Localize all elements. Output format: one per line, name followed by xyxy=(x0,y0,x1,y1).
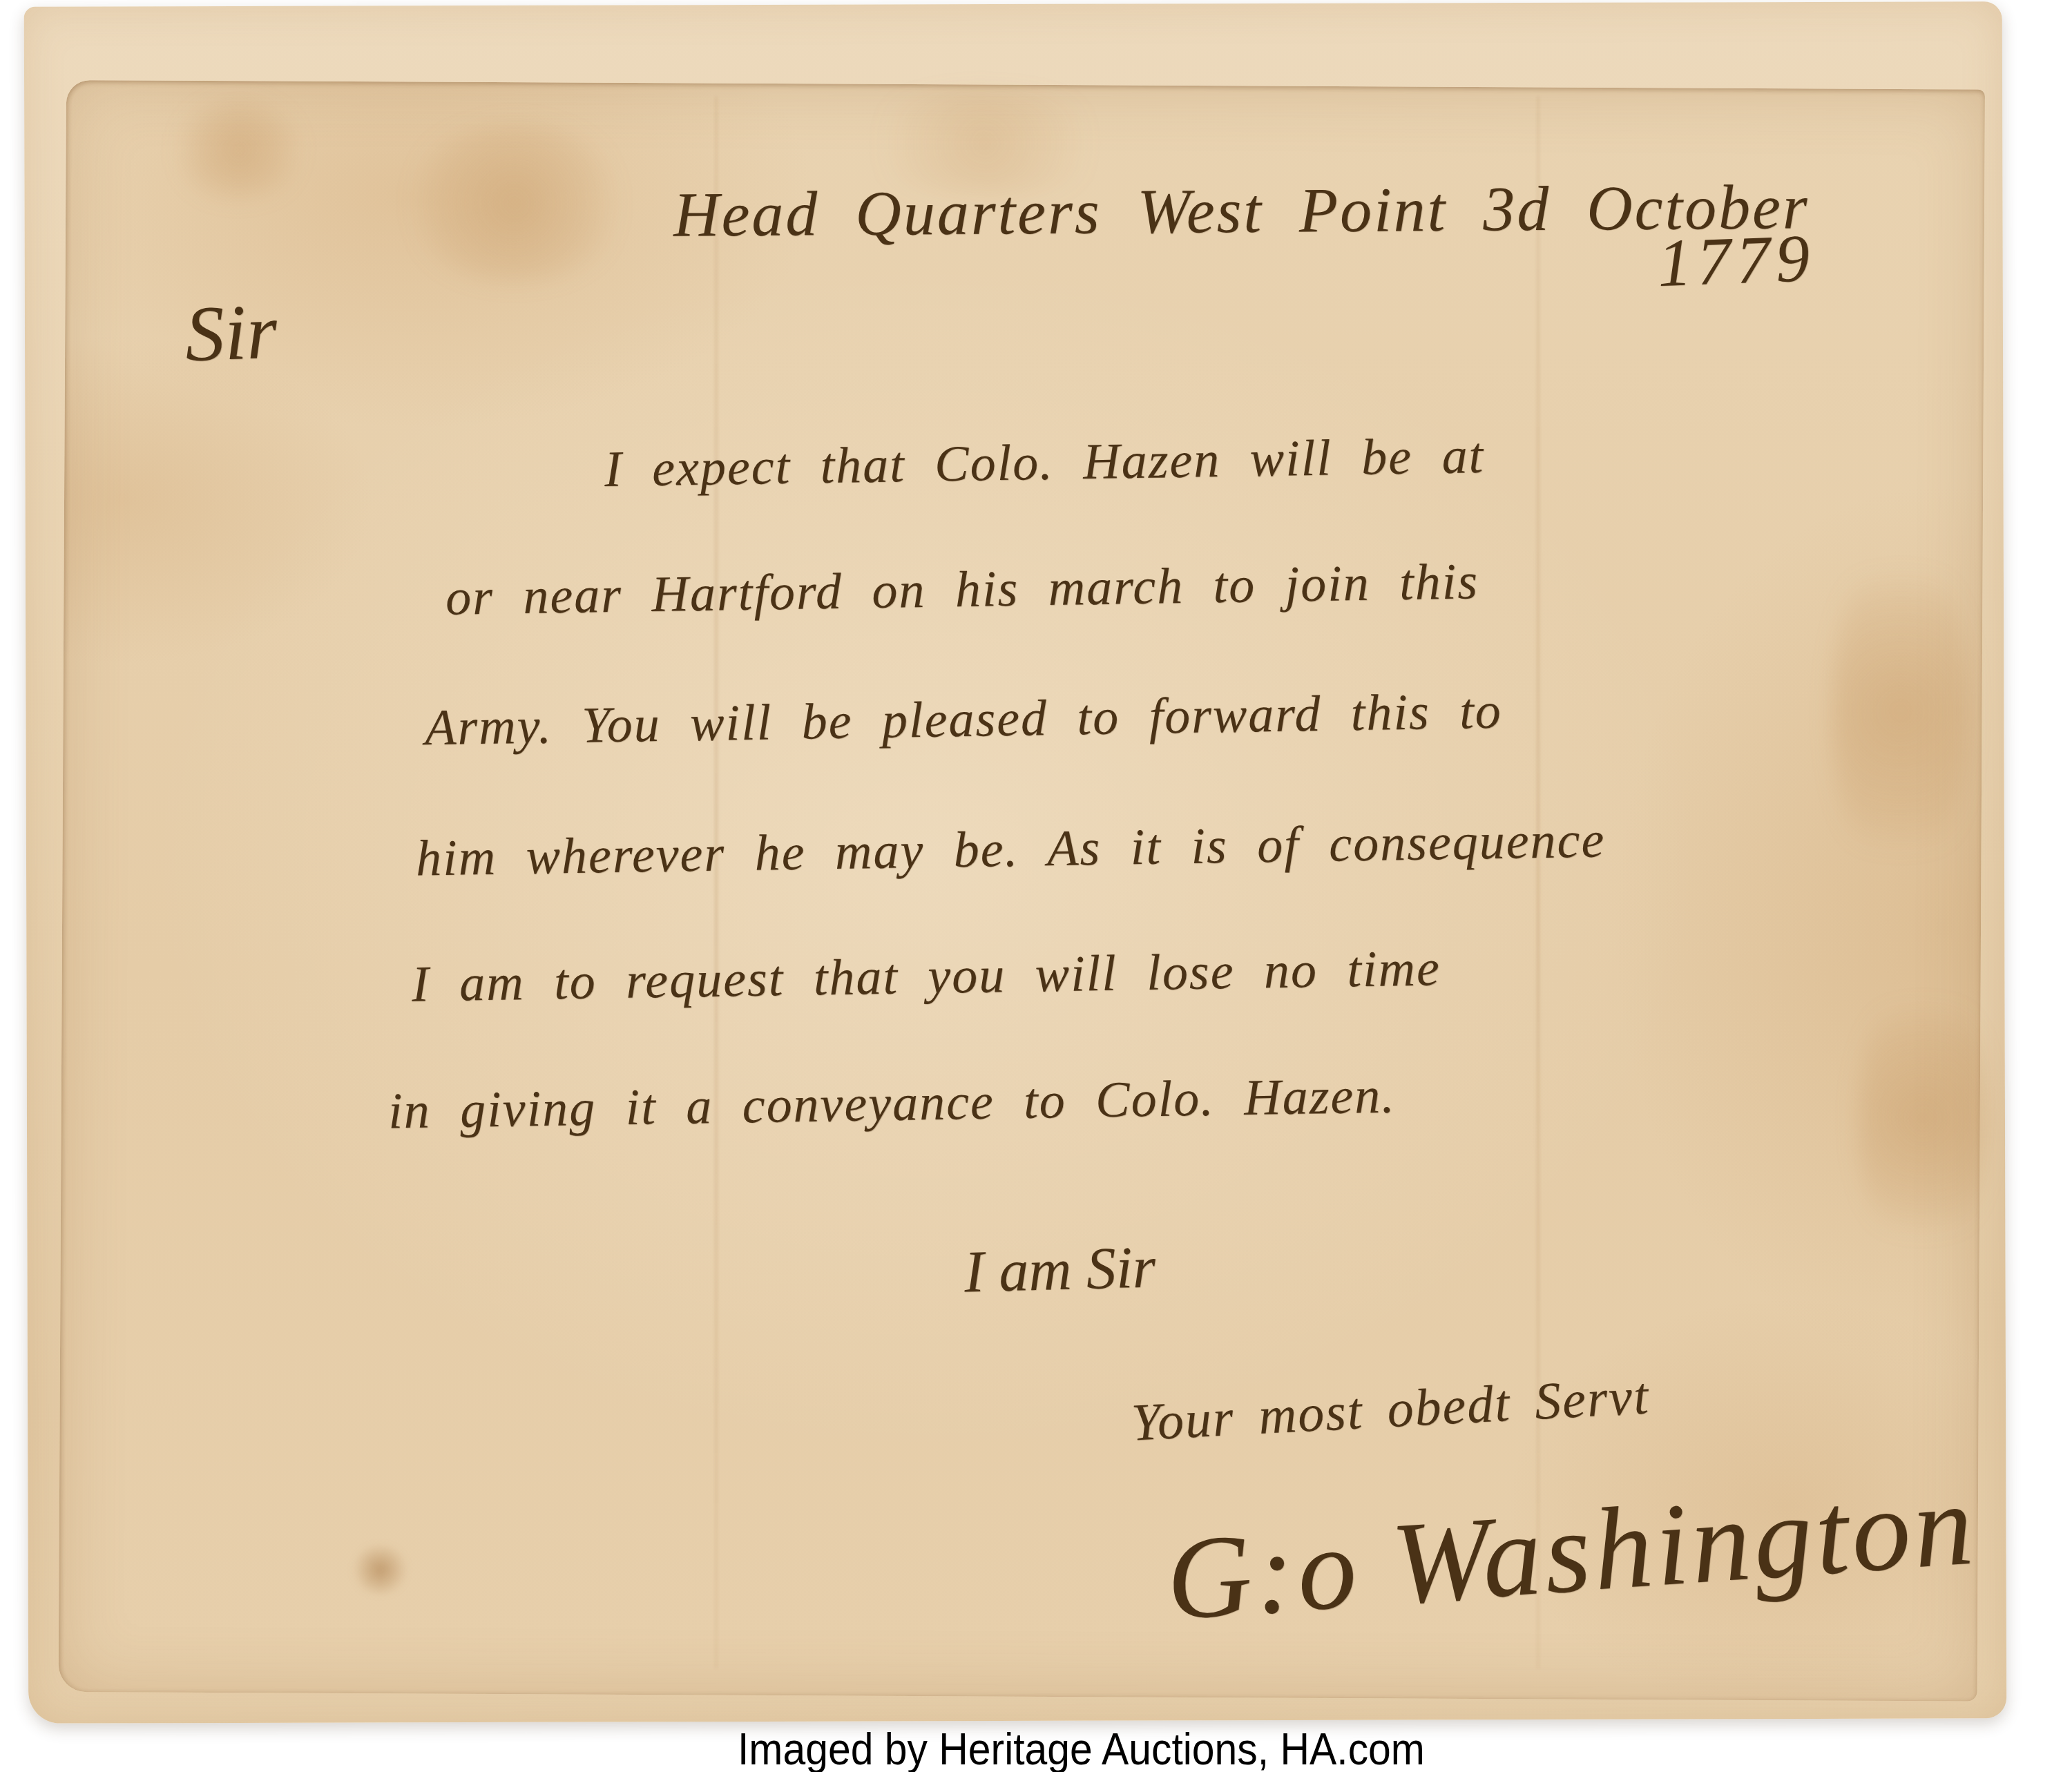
paper-stain xyxy=(397,123,633,283)
dateline-year: 1779 xyxy=(1656,220,1816,302)
image-credit-caption: Imaged by Heritage Auctions, HA.com xyxy=(738,1724,1425,1772)
paper-stain xyxy=(349,1545,411,1594)
dateline-text: Head Quarters West Point 3d October xyxy=(673,170,1810,251)
paper-stain xyxy=(169,102,308,199)
salutation-text: Sir xyxy=(184,286,279,381)
letter-sheet xyxy=(59,80,1985,1702)
paper-stain xyxy=(1830,531,1970,891)
closing-line: I am Sir xyxy=(963,1232,1157,1306)
paper-stain xyxy=(1857,973,1989,1264)
photo-canvas: Head Quarters West Point 3d October 1779… xyxy=(0,0,2072,1772)
fold-crease xyxy=(1537,97,1539,1668)
